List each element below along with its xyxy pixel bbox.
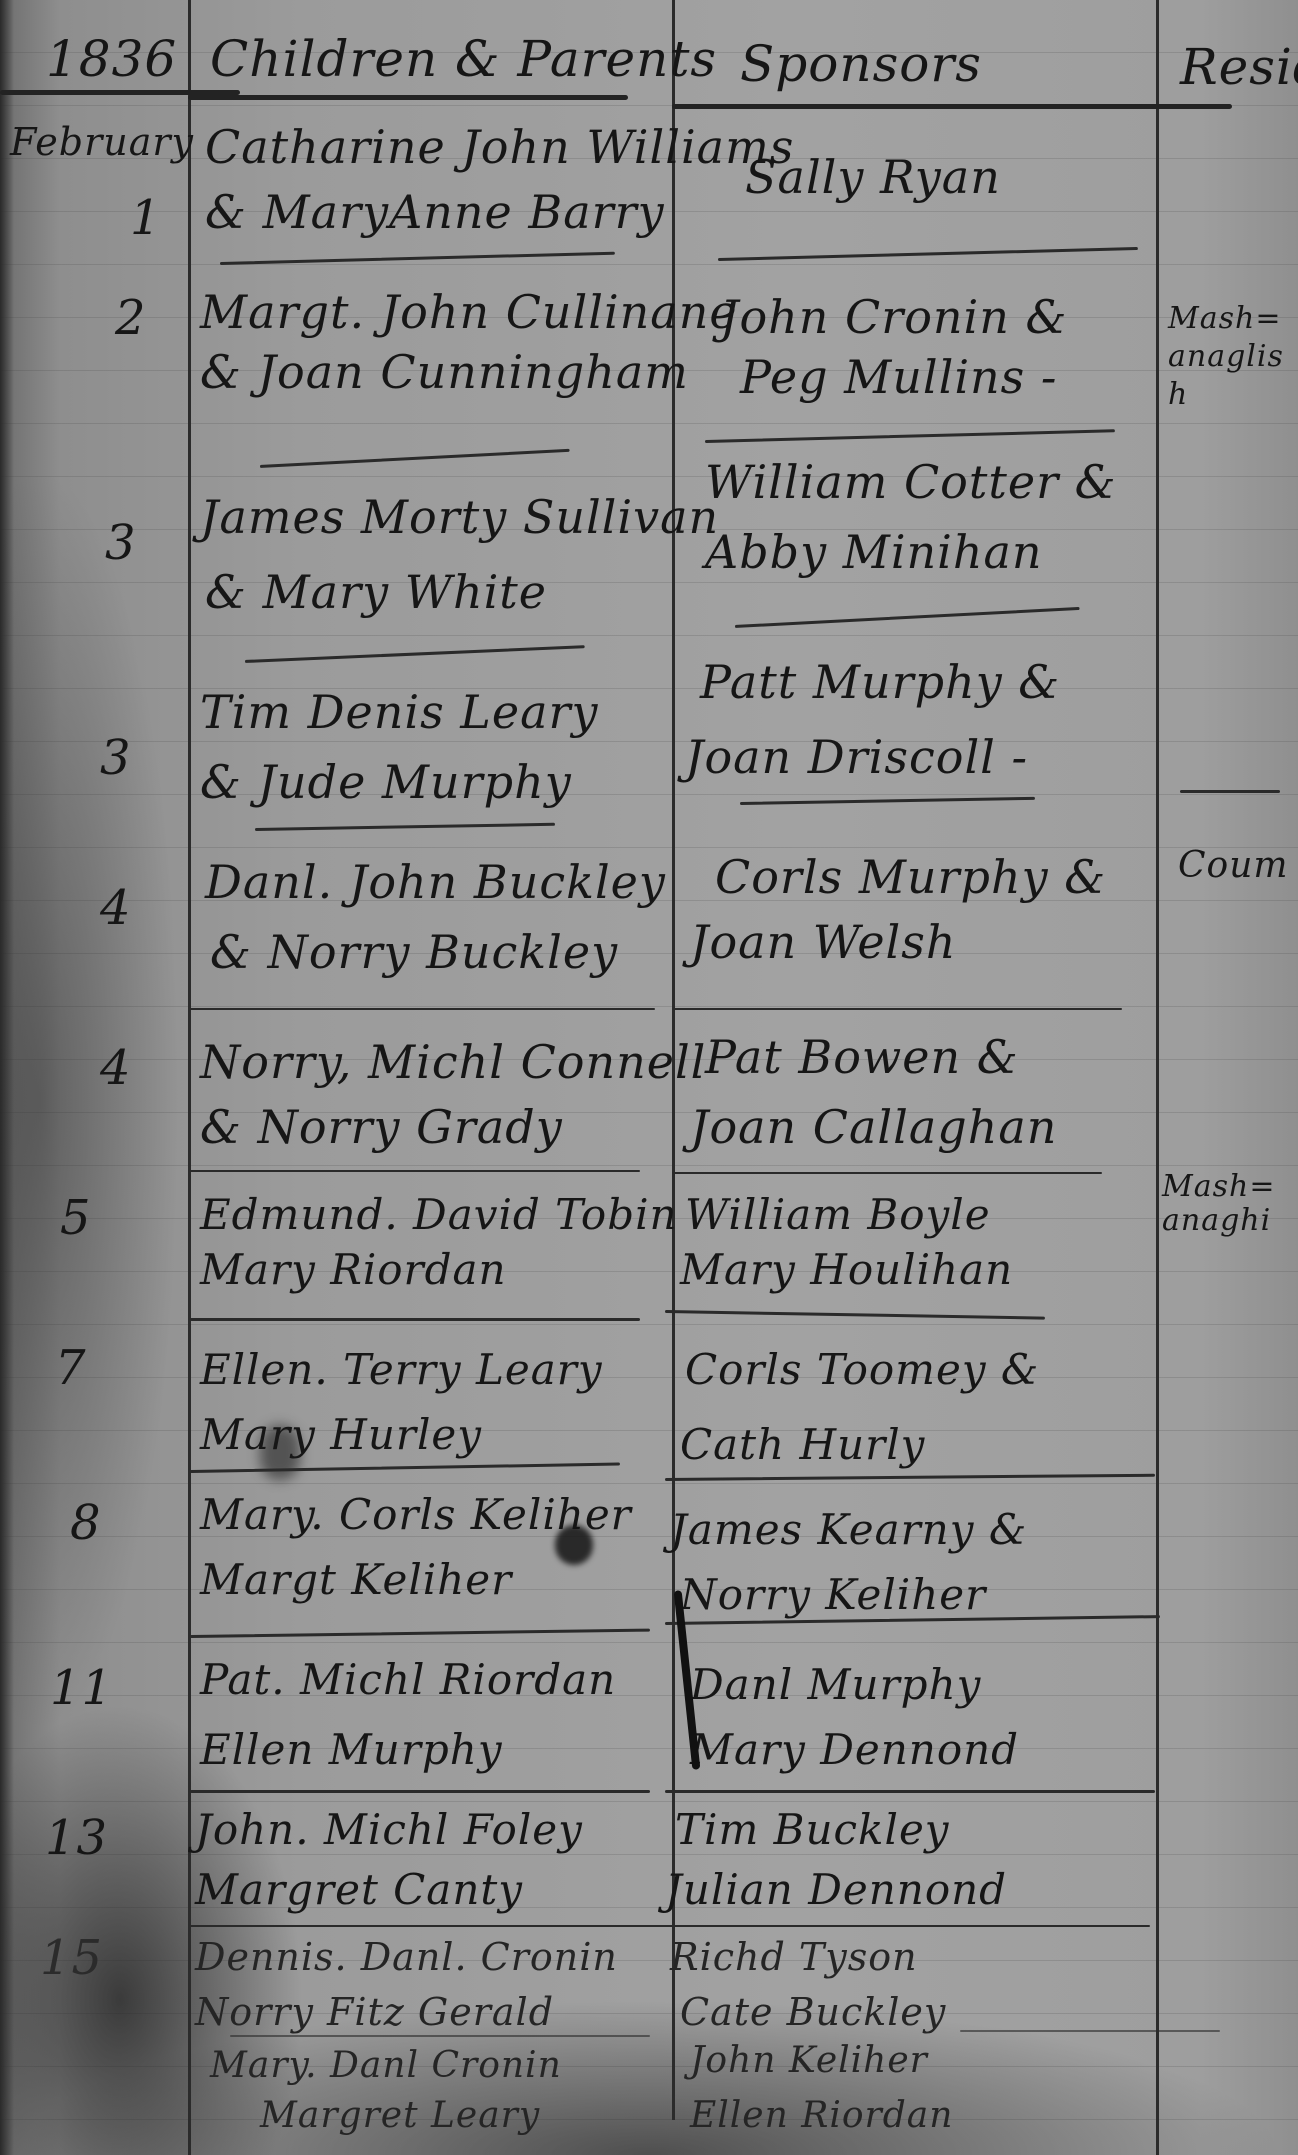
residence: Mash=anaghi — [1162, 1170, 1292, 1238]
sponsors-line1: Danl Murphy — [690, 1660, 981, 1709]
entry-separator — [190, 1629, 650, 1638]
child-parents-line2: & Norry Grady — [200, 1100, 563, 1154]
sponsors-line1: Corls Murphy & — [715, 850, 1106, 904]
entry-date: 5 — [60, 1190, 92, 1246]
sponsors-column-divider — [1156, 0, 1159, 2155]
sponsors-line2: Cate Buckley — [680, 1990, 946, 2034]
entry-date: 1 — [130, 190, 162, 246]
entry-separator — [190, 1318, 640, 1321]
child-parents-line2: Mary Hurley — [200, 1410, 482, 1459]
sponsors-line1: Sally Ryan — [745, 150, 1001, 204]
child-parents-line2: & Mary White — [205, 565, 547, 619]
sponsors-line1: Tim Buckley — [675, 1805, 950, 1854]
entry-separator — [220, 252, 615, 265]
sponsors-line1: John Cronin & — [720, 290, 1067, 344]
sponsors-line1: Corls Toomey & — [685, 1345, 1039, 1394]
child-parents-line1: Tim Denis Leary — [200, 685, 598, 739]
sponsors-line1: Pat Bowen & — [705, 1030, 1019, 1084]
entry-separator — [672, 1172, 1102, 1174]
child-parents-line2: Norry Fitz Gerald — [195, 1990, 554, 2034]
entry-separator — [190, 1170, 640, 1172]
entry-date: 15 — [40, 1930, 103, 1986]
header-sponsors: Sponsors — [740, 35, 982, 93]
entry-separator — [735, 607, 1080, 628]
sponsors-line1: Patt Murphy & — [700, 655, 1060, 709]
sponsors-line2: Julian Dennond — [665, 1865, 1007, 1914]
entry-date: 13 — [45, 1810, 108, 1866]
residence-separator — [1180, 790, 1280, 793]
child-parents-line1: Dennis. Danl. Cronin — [195, 1935, 618, 1979]
entry-date: 8 — [70, 1495, 102, 1551]
header-children-parents: Children & Parents — [210, 30, 717, 88]
child-parents-line2: Mary Riordan — [200, 1245, 507, 1294]
entry-date: 7 — [55, 1340, 87, 1396]
entry-separator — [960, 2030, 1220, 2032]
child-parents-line1: James Morty Sullivan — [200, 490, 719, 544]
page-edge-shadow — [0, 0, 14, 2155]
child-parents-line2: & Norry Buckley — [210, 925, 618, 979]
sponsors-line1: James Kearny & — [670, 1505, 1027, 1554]
child-parents-line1: Pat. Michl Riordan — [200, 1655, 616, 1704]
child-parents-line2: Margt Keliher — [200, 1555, 512, 1604]
sponsors-line1: John Keliher — [690, 2040, 928, 2081]
child-parents-line1: Norry, Michl Connell — [200, 1035, 706, 1089]
entry-date: 3 — [100, 730, 132, 786]
entry-separator — [665, 1474, 1155, 1481]
entry-separator — [705, 429, 1115, 443]
entry-separator — [245, 645, 585, 663]
child-parents-line2: Margret Canty — [195, 1865, 523, 1914]
entry-separator — [665, 1790, 1155, 1793]
entry-separator — [672, 1008, 1122, 1010]
child-parents-line1: Edmund. David Tobin — [200, 1190, 678, 1239]
entry-separator — [190, 1008, 655, 1010]
child-parents-line1: Danl. John Buckley — [205, 855, 666, 909]
child-parents-line2: & Joan Cunningham — [200, 345, 689, 399]
child-parents-line1: Mary. Danl Cronin — [210, 2045, 562, 2086]
header-underline-children — [188, 95, 628, 100]
entry-separator — [740, 797, 1035, 805]
entry-date: 3 — [105, 515, 137, 571]
entry-separator — [230, 2035, 650, 2037]
entry-date: 4 — [100, 1040, 132, 1096]
register-page: 1836 Children & Parents Sponsors Resid F… — [0, 0, 1298, 2155]
entry-separator — [718, 247, 1138, 261]
sponsors-line1: William Boyle — [685, 1190, 991, 1239]
residence: Mash=anaglish — [1168, 300, 1293, 414]
sponsors-line2: Norry Keliher — [680, 1570, 986, 1619]
ink-smudge — [260, 1425, 300, 1480]
sponsors-line1: Richd Tyson — [670, 1935, 918, 1979]
entry-separator — [190, 1925, 1150, 1927]
sponsors-line2: Peg Mullins - — [740, 350, 1057, 404]
month-label: February — [10, 120, 194, 164]
entry-separator — [665, 1310, 1045, 1320]
child-parents-line1: John. Michl Foley — [195, 1805, 583, 1854]
sponsors-line2: Joan Driscoll - — [685, 730, 1028, 784]
sponsors-line2: Mary Dennond — [690, 1725, 1019, 1774]
sponsors-line2: Ellen Riordan — [690, 2095, 953, 2136]
ink-blot — [555, 1525, 593, 1565]
sponsors-line2: Abby Minihan — [705, 525, 1043, 579]
child-parents-line1: Margt. John Cullinane — [200, 285, 738, 339]
entry-date: 2 — [115, 290, 147, 346]
sponsors-line2: Joan Welsh — [690, 915, 957, 969]
entry-date: 4 — [100, 880, 132, 936]
date-column-divider — [188, 0, 191, 2155]
header-residence: Resid — [1180, 38, 1298, 96]
child-parents-line2: Ellen Murphy — [200, 1725, 503, 1774]
child-parents-line2: Margret Leary — [260, 2095, 540, 2136]
sponsors-line2: Joan Callaghan — [690, 1100, 1057, 1154]
residence: Coum — [1178, 845, 1289, 886]
sponsors-line1: William Cotter & — [705, 455, 1117, 509]
child-parents-line2: & MaryAnne Barry — [205, 185, 665, 239]
entry-separator — [190, 1462, 620, 1473]
header-year: 1836 — [46, 30, 177, 88]
header-underline-sponsors — [672, 104, 1232, 109]
child-parents-line2: & Jude Murphy — [200, 755, 572, 809]
child-parents-line1: Ellen. Terry Leary — [200, 1345, 603, 1394]
sponsors-line2: Mary Houlihan — [680, 1245, 1013, 1294]
sponsors-line2: Cath Hurly — [680, 1420, 925, 1469]
entry-separator — [255, 823, 555, 831]
entry-separator — [190, 1790, 650, 1793]
entry-separator — [260, 449, 570, 468]
entry-date: 11 — [50, 1660, 113, 1716]
child-parents-line1: Catharine John Williams — [205, 120, 794, 174]
